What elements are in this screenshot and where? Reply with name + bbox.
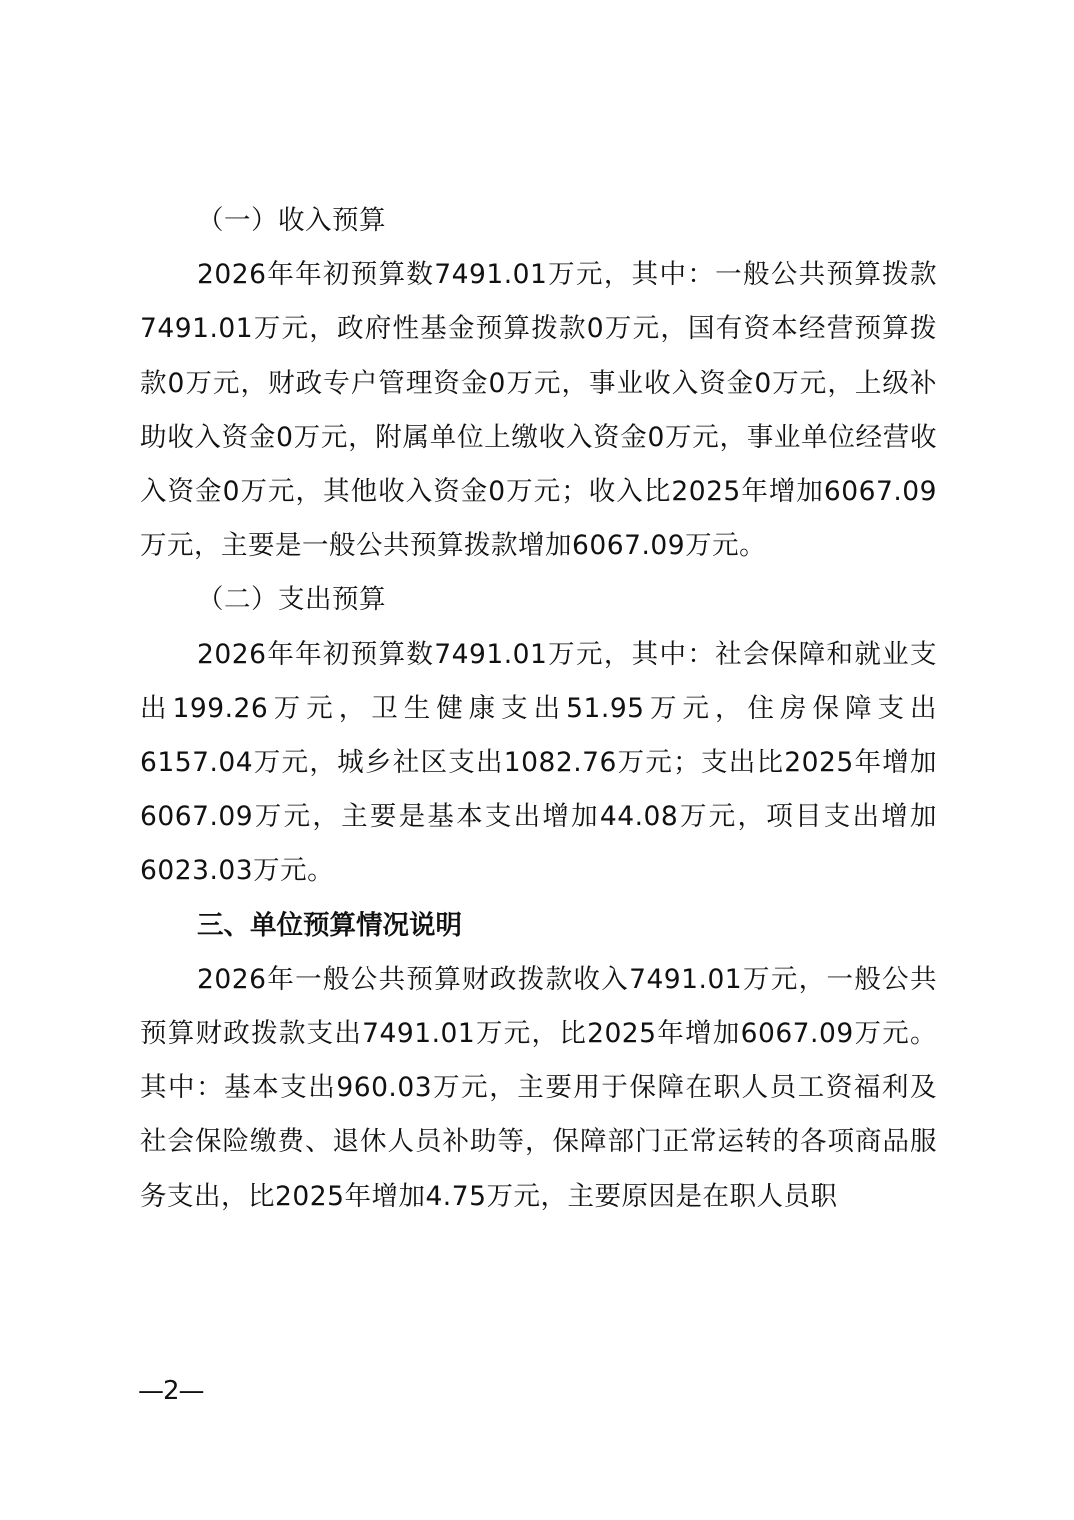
- heading-unit-budget-explanation: 三、单位预算情况说明: [140, 899, 937, 953]
- subheading-income-budget: （一）收入预算: [140, 194, 937, 248]
- page-number: —2—: [138, 1371, 204, 1411]
- paragraph-unit-budget: 2026年一般公共预算财政拨款收入7491.01万元，一般公共预算财政拨款支出7…: [140, 953, 937, 1224]
- subheading-expenditure-budget: （二）支出预算: [140, 573, 937, 627]
- document-page: （一）收入预算 2026年年初预算数7491.01万元，其中：一般公共预算拨款7…: [140, 194, 937, 1224]
- paragraph-expenditure-budget: 2026年年初预算数7491.01万元，其中：社会保障和就业支出199.26万元…: [140, 628, 937, 899]
- paragraph-income-budget: 2026年年初预算数7491.01万元，其中：一般公共预算拨款7491.01万元…: [140, 248, 937, 573]
